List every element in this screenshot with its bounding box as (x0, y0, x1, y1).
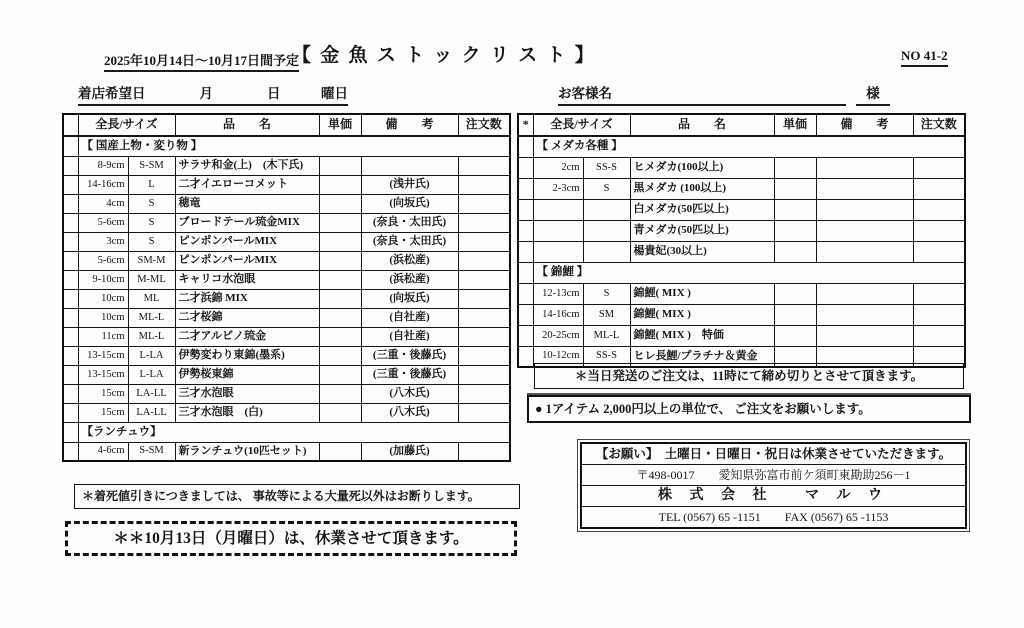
stock-item-row: 白メダカ(50匹以上) (518, 199, 965, 220)
product-name-cell: 三才水泡眼 (白) (175, 403, 319, 422)
product-name-cell: 伊勢桜東錦 (175, 365, 319, 384)
section-row: 【 錦鯉 】 (518, 262, 965, 283)
remarks-cell (816, 325, 913, 346)
remarks-column-header: 備 考 (361, 114, 458, 136)
stock-item-row: 青メダカ(50匹以上) (518, 220, 965, 241)
size-cell: 2-3cm (533, 178, 583, 199)
size-cell: 2cm (533, 157, 583, 178)
unit-price-cell (774, 220, 816, 241)
order-qty-cell (913, 199, 965, 220)
holiday-closure-notice: ＊＊10月13日（月曜日）は、休業させて頂きます。 (65, 521, 517, 556)
grade-cell: ML-L (583, 325, 630, 346)
row-mark-cell (63, 422, 78, 442)
order-qty-cell (913, 178, 965, 199)
row-mark-cell (63, 270, 78, 289)
name-column-header: 品 名 (175, 114, 319, 136)
unit-price-cell (319, 346, 361, 365)
remarks-cell: (自社産) (361, 308, 458, 327)
row-mark-cell (63, 308, 78, 327)
unit-price-cell (319, 327, 361, 346)
row-mark-cell (518, 241, 533, 262)
remarks-cell: (奈良・太田氏) (361, 232, 458, 251)
company-address: 〒498-0017 愛知県弥富市前ケ須町東勘助256－1 (582, 465, 965, 486)
unit-price-cell (319, 251, 361, 270)
row-mark-cell (518, 346, 533, 367)
size-cell: 14-16cm (533, 304, 583, 325)
unit-price-cell (319, 384, 361, 403)
grade-cell: ML-L (128, 308, 175, 327)
row-mark-cell (63, 194, 78, 213)
size-cell: 15cm (78, 384, 128, 403)
order-qty-cell (913, 304, 965, 325)
stock-item-row: 14-16cmL二才イエローコメット(浅井氏) (63, 175, 510, 194)
order-qty-cell (458, 365, 510, 384)
table-header-row: 全長/サイズ 品 名 単価 備 考 注文数 (63, 114, 510, 136)
remarks-cell (816, 304, 913, 325)
size-cell: 5-6cm (78, 213, 128, 232)
product-name-cell: 伊勢変わり東錦(墨系) (175, 346, 319, 365)
row-mark-cell (518, 178, 533, 199)
grade-cell: ML-L (128, 327, 175, 346)
unit-price-cell (319, 270, 361, 289)
stock-item-row: 13-15cmL-LA伊勢桜東錦(三重・後藤氏) (63, 365, 510, 384)
section-label: 【 錦鯉 】 (533, 262, 965, 283)
medaka-koi-stock-table: * 全長/サイズ 品 名 単価 備 考 注文数 【 メダカ各種 】2cmSS-S… (517, 113, 966, 368)
grade-cell: S-SM (128, 442, 175, 461)
row-mark-cell (518, 325, 533, 346)
customer-honorific: 様 (856, 82, 890, 106)
size-cell (533, 220, 583, 241)
section-row: 【ランチュウ】 (63, 422, 510, 442)
remarks-cell (816, 178, 913, 199)
remarks-cell: (加藤氏) (361, 442, 458, 461)
mark-column-header (63, 114, 78, 136)
medaka-koi-table-body: 【 メダカ各種 】2cmSS-Sヒメダカ(100以上)2-3cmS黒メダカ (1… (518, 136, 965, 367)
grade-cell: S (128, 194, 175, 213)
unit-price-cell (319, 156, 361, 175)
grade-cell: S (128, 232, 175, 251)
row-mark-cell (63, 403, 78, 422)
row-mark-cell (63, 289, 78, 308)
order-qty-cell (458, 403, 510, 422)
order-qty-cell (458, 251, 510, 270)
size-cell (533, 241, 583, 262)
minimum-order-note: ● 1アイテム 2,000円以上の単位で、 ご注文をお願いします。 (527, 395, 971, 423)
remarks-cell: (浅井氏) (361, 175, 458, 194)
unit-price-cell (319, 289, 361, 308)
unit-price-cell (774, 283, 816, 304)
grade-cell: S-SM (128, 156, 175, 175)
stock-list-sheet: 2025年10月14日～10月17日間予定 【 金 魚 ス ト ッ ク リ ス … (0, 0, 1024, 628)
row-mark-cell (518, 283, 533, 304)
order-qty-cell (458, 232, 510, 251)
grade-cell: LA-LL (128, 384, 175, 403)
stock-item-row: 楊貴妃(30以上) (518, 241, 965, 262)
stock-item-row: 10cmML-L二才桜錦(自社産) (63, 308, 510, 327)
goldfish-stock-table: 全長/サイズ 品 名 単価 備 考 注文数 【 国産上物・変り物 】8-9cmS… (62, 113, 511, 462)
row-mark-cell (63, 384, 78, 403)
grade-cell: LA-LL (128, 403, 175, 422)
weekend-closure-note: 【お願い】 土曜日・日曜日・祝日は休業させていただきます。 (582, 444, 965, 465)
product-name-cell: ピンポンパールMIX (175, 232, 319, 251)
mark-column-header: * (518, 114, 533, 136)
product-name-cell: キャリコ水泡眼 (175, 270, 319, 289)
size-cell: 8-9cm (78, 156, 128, 175)
order-qty-cell (458, 384, 510, 403)
remarks-cell: (向坂氏) (361, 194, 458, 213)
order-qty-cell (458, 346, 510, 365)
order-qty-cell (458, 270, 510, 289)
unit-price-cell (319, 232, 361, 251)
grade-cell (583, 241, 630, 262)
unit-price-cell (774, 241, 816, 262)
unit-price-cell (774, 199, 816, 220)
size-column-header: 全長/サイズ (533, 114, 630, 136)
grade-cell (583, 220, 630, 241)
product-name-cell: サラサ和金(上) (木下氏) (175, 156, 319, 175)
product-name-cell: 二才アルビノ琉金 (175, 327, 319, 346)
size-cell: 13-15cm (78, 346, 128, 365)
grade-cell (583, 199, 630, 220)
product-name-cell: 錦鯉( MIX ) (630, 304, 774, 325)
size-column-header: 全長/サイズ (78, 114, 175, 136)
stock-item-row: 13-15cmL-LA伊勢変わり東錦(墨系)(三重・後藤氏) (63, 346, 510, 365)
stock-item-row: 11cmML-L二才アルビノ琉金(自社産) (63, 327, 510, 346)
arrival-date-line: 着店希望日 月 日 曜日 (78, 82, 348, 106)
stock-item-row: 5-6cmSブロードテール琉金MIX(奈良・太田氏) (63, 213, 510, 232)
customer-name-line: お客様名 (558, 82, 846, 106)
stock-item-row: 10cmML二才浜錦 MIX(向坂氏) (63, 289, 510, 308)
death-discount-note: ＊着死値引きにつきましては、 事故等による大量死以外はお断りします。 (74, 484, 520, 509)
qty-column-header: 注文数 (458, 114, 510, 136)
remarks-cell (816, 157, 913, 178)
grade-cell: L-LA (128, 365, 175, 384)
unit-price-cell (319, 175, 361, 194)
row-mark-cell (518, 157, 533, 178)
row-mark-cell (63, 213, 78, 232)
section-label: 【 国産上物・変り物 】 (78, 136, 510, 156)
product-name-cell: 楊貴妃(30以上) (630, 241, 774, 262)
unit-price-cell (774, 325, 816, 346)
product-name-cell: 二才イエローコメット (175, 175, 319, 194)
row-mark-cell (518, 199, 533, 220)
grade-cell: L-LA (128, 346, 175, 365)
stock-item-row: 8-9cmS-SMサラサ和金(上) (木下氏) (63, 156, 510, 175)
product-name-cell: ヒメダカ(100以上) (630, 157, 774, 178)
section-row: 【 メダカ各種 】 (518, 136, 965, 157)
product-name-cell: 錦鯉( MIX ) 特価 (630, 325, 774, 346)
company-tel-fax: TEL (0567) 65 -1151 FAX (0567) 65 -1153 (582, 507, 965, 527)
order-qty-cell (913, 220, 965, 241)
stock-item-row: 5-6cmSM-MピンポンパールMIX(浜松産) (63, 251, 510, 270)
remarks-cell: (向坂氏) (361, 289, 458, 308)
stock-item-row: 12-13cmS錦鯉( MIX ) (518, 283, 965, 304)
remarks-cell: (八木氏) (361, 384, 458, 403)
unit-price-cell (319, 403, 361, 422)
row-mark-cell (518, 262, 533, 283)
order-qty-cell (458, 327, 510, 346)
product-name-cell: 三才水泡眼 (175, 384, 319, 403)
row-mark-cell (63, 232, 78, 251)
row-mark-cell (518, 304, 533, 325)
company-name: 株 式 会 社 マ ル ウ (582, 486, 965, 507)
grade-cell: SM (583, 304, 630, 325)
unit-price-cell (319, 365, 361, 384)
row-mark-cell (518, 220, 533, 241)
unit-price-cell (774, 178, 816, 199)
order-qty-cell (458, 213, 510, 232)
product-name-cell: 青メダカ(50匹以上) (630, 220, 774, 241)
remarks-cell (816, 220, 913, 241)
order-qty-cell (913, 157, 965, 178)
size-cell: 15cm (78, 403, 128, 422)
order-qty-cell (458, 194, 510, 213)
order-qty-cell (458, 442, 510, 461)
section-label: 【 メダカ各種 】 (533, 136, 965, 157)
size-cell: 9-10cm (78, 270, 128, 289)
product-name-cell: ピンポンパールMIX (175, 251, 319, 270)
row-mark-cell (63, 156, 78, 175)
product-name-cell: 新ランチュウ(10匹セット) (175, 442, 319, 461)
row-mark-cell (63, 346, 78, 365)
stock-item-row: 4cmS穂竜(向坂氏) (63, 194, 510, 213)
size-cell: 20-25cm (533, 325, 583, 346)
row-mark-cell (63, 327, 78, 346)
order-qty-cell (913, 283, 965, 304)
size-cell: 4cm (78, 194, 128, 213)
remarks-cell: (八木氏) (361, 403, 458, 422)
unit-price-cell (319, 442, 361, 461)
remarks-cell: (浜松産) (361, 251, 458, 270)
product-name-cell: 白メダカ(50匹以上) (630, 199, 774, 220)
size-cell: 10cm (78, 289, 128, 308)
row-mark-cell (518, 136, 533, 157)
unit-price-cell (319, 213, 361, 232)
goldfish-table-body: 【 国産上物・変り物 】8-9cmS-SMサラサ和金(上) (木下氏)14-16… (63, 136, 510, 461)
unit-price-cell (319, 308, 361, 327)
size-cell: 3cm (78, 232, 128, 251)
product-name-cell: 穂竜 (175, 194, 319, 213)
grade-cell: L (128, 175, 175, 194)
remarks-cell: (浜松産) (361, 270, 458, 289)
doc-number: NO 41-2 (901, 48, 948, 67)
grade-cell: S (583, 283, 630, 304)
remarks-cell (361, 156, 458, 175)
grade-cell: SS-S (583, 157, 630, 178)
stock-item-row: 15cmLA-LL三才水泡眼(八木氏) (63, 384, 510, 403)
order-qty-cell (913, 241, 965, 262)
product-name-cell: 錦鯉( MIX ) (630, 283, 774, 304)
row-mark-cell (63, 442, 78, 461)
stock-item-row: 15cmLA-LL三才水泡眼 (白)(八木氏) (63, 403, 510, 422)
section-label: 【ランチュウ】 (78, 422, 510, 442)
row-mark-cell (63, 365, 78, 384)
company-info-box: 【お願い】 土曜日・日曜日・祝日は休業させていただきます。 〒498-0017 … (577, 439, 970, 532)
remarks-column-header: 備 考 (816, 114, 913, 136)
size-cell: 11cm (78, 327, 128, 346)
unit-price-cell (319, 194, 361, 213)
unit-price-cell (774, 304, 816, 325)
order-qty-cell (913, 325, 965, 346)
date-range: 2025年10月14日～10月17日間予定 (104, 50, 299, 72)
stock-item-row: 20-25cmML-L錦鯉( MIX ) 特価 (518, 325, 965, 346)
unit-price-cell (774, 157, 816, 178)
section-row: 【 国産上物・変り物 】 (63, 136, 510, 156)
order-qty-cell (458, 289, 510, 308)
remarks-cell (816, 199, 913, 220)
size-cell (533, 199, 583, 220)
remarks-cell: (三重・後藤氏) (361, 365, 458, 384)
remarks-cell: (三重・後藤氏) (361, 346, 458, 365)
stock-item-row: 3cmSピンポンパールMIX(奈良・太田氏) (63, 232, 510, 251)
order-qty-cell (458, 308, 510, 327)
grade-cell: ML (128, 289, 175, 308)
stock-item-row: 4-6cmS-SM新ランチュウ(10匹セット)(加藤氏) (63, 442, 510, 461)
remarks-cell: (自社産) (361, 327, 458, 346)
grade-cell: M-ML (128, 270, 175, 289)
product-name-cell: ブロードテール琉金MIX (175, 213, 319, 232)
grade-cell: SM-M (128, 251, 175, 270)
size-cell: 12-13cm (533, 283, 583, 304)
product-name-cell: 二才桜錦 (175, 308, 319, 327)
page-title: 【 金 魚 ス ト ッ ク リ ス ト 】 (292, 40, 596, 67)
size-cell: 5-6cm (78, 251, 128, 270)
same-day-shipping-note: ＊当日発送のご注文は、11時にて締め切りとさせて頂きます。 (534, 363, 964, 389)
price-column-header: 単価 (774, 114, 816, 136)
grade-cell: S (128, 213, 175, 232)
qty-column-header: 注文数 (913, 114, 965, 136)
table-header-row: * 全長/サイズ 品 名 単価 備 考 注文数 (518, 114, 965, 136)
size-cell: 13-15cm (78, 365, 128, 384)
stock-item-row: 14-16cmSM錦鯉( MIX ) (518, 304, 965, 325)
remarks-cell (816, 283, 913, 304)
remarks-cell (816, 241, 913, 262)
order-qty-cell (458, 156, 510, 175)
row-mark-cell (63, 251, 78, 270)
remarks-cell: (奈良・太田氏) (361, 213, 458, 232)
stock-item-row: 2-3cmS黒メダカ (100以上) (518, 178, 965, 199)
product-name-cell: 黒メダカ (100以上) (630, 178, 774, 199)
grade-cell: S (583, 178, 630, 199)
name-column-header: 品 名 (630, 114, 774, 136)
size-cell: 10cm (78, 308, 128, 327)
size-cell: 14-16cm (78, 175, 128, 194)
row-mark-cell (63, 136, 78, 156)
row-mark-cell (63, 175, 78, 194)
product-name-cell: 二才浜錦 MIX (175, 289, 319, 308)
stock-item-row: 9-10cmM-MLキャリコ水泡眼(浜松産) (63, 270, 510, 289)
stock-item-row: 2cmSS-Sヒメダカ(100以上) (518, 157, 965, 178)
order-qty-cell (458, 175, 510, 194)
size-cell: 4-6cm (78, 442, 128, 461)
price-column-header: 単価 (319, 114, 361, 136)
